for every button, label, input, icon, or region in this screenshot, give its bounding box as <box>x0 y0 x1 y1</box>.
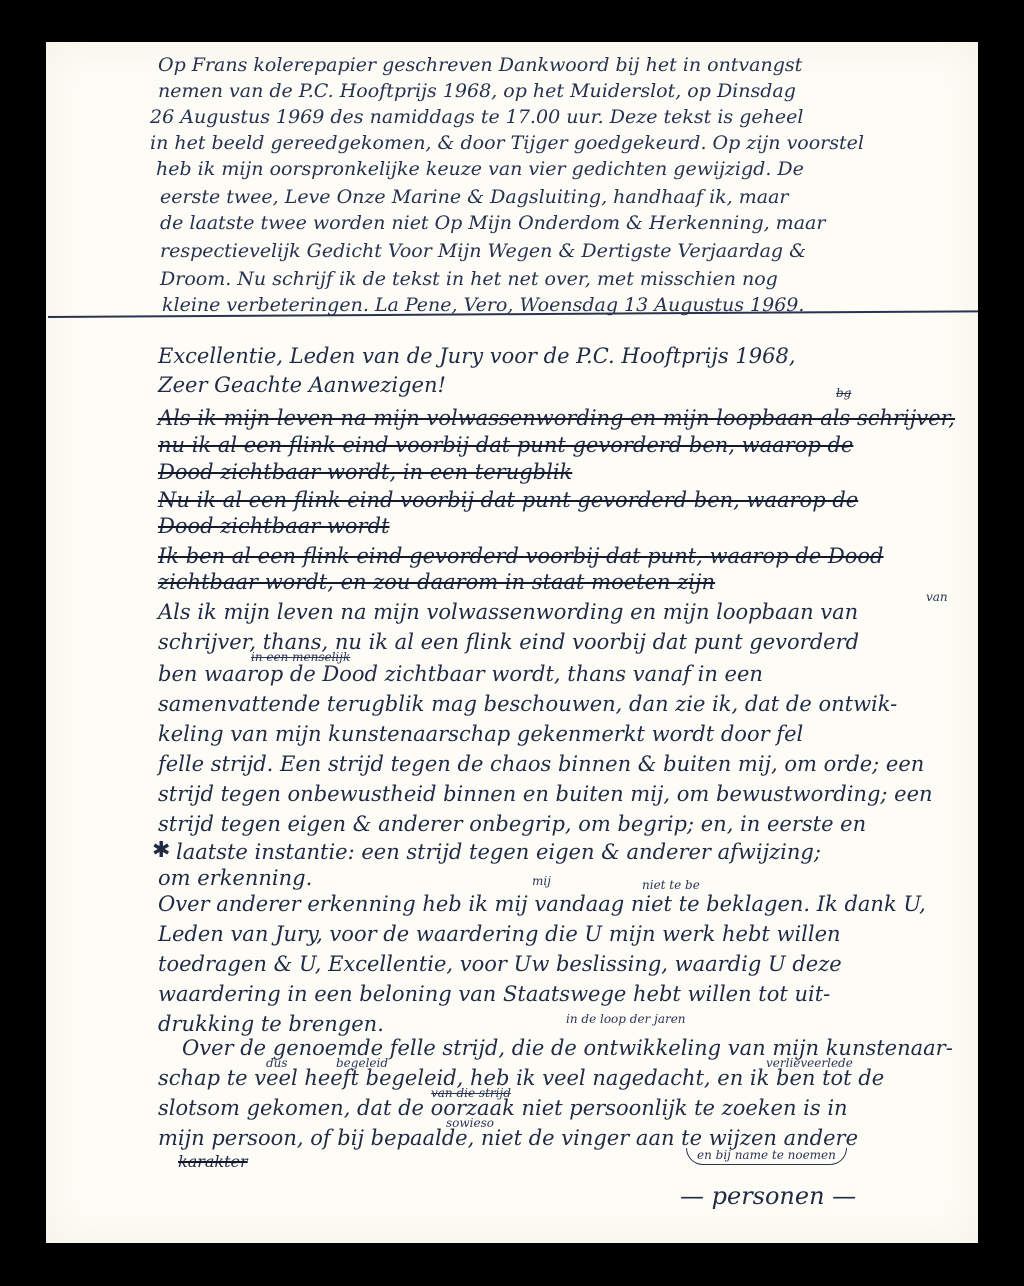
paragraph-line: schap te veel heeft begeleid, heb ik vee… <box>158 1068 884 1089</box>
header-line: heb ik mijn oorspronkelijke keuze van vi… <box>156 160 804 179</box>
struck-insert: bg <box>836 386 851 400</box>
paragraph-line: strijd tegen onbewustheid binnen en buit… <box>158 784 933 805</box>
manuscript-page: Op Frans kolerepapier geschreven Dankwoo… <box>46 42 978 1243</box>
struck-draft-line: nu ik al een flink eind voorbij dat punt… <box>158 435 853 456</box>
paragraph-line: Over anderer erkenning heb ik mij vandaa… <box>158 894 926 915</box>
struck-draft-line: zichtbaar wordt, en zou daarom in staat … <box>158 572 715 593</box>
salutation-line: Zeer Geachte Aanwezigen! <box>158 375 446 396</box>
header-line: in het beeld gereedgekomen, & door Tijge… <box>150 134 864 153</box>
paragraph-line: strijd tegen eigen & anderer onbegrip, o… <box>158 814 866 835</box>
header-line: de laatste twee worden niet Op Mijn Onde… <box>160 214 825 233</box>
insert-above-vandaag: mij <box>532 874 551 888</box>
paragraph-line: keling van mijn kunstenaarschap gekenmer… <box>158 724 803 745</box>
header-line: 26 Augustus 1969 des namiddags te 17.00 … <box>150 108 803 127</box>
header-line: Droom. Nu schrijf ik de tekst in het net… <box>160 270 778 289</box>
scribble-mark-icon: ✱ <box>152 838 170 863</box>
paragraph-line: Als ik mijn leven na mijn volwassenwordi… <box>158 602 858 623</box>
paragraph-line: ben waarop de Dood zichtbaar wordt, than… <box>158 664 763 685</box>
struck-draft-line: Als ik mijn leven na mijn volwassenwordi… <box>158 408 955 429</box>
paragraph-line: drukking te brengen. <box>158 1014 384 1035</box>
paragraph-line: samenvattende terugblik mag beschouwen, … <box>158 694 897 715</box>
insert-margin-note: in de loop der jaren <box>566 1012 686 1026</box>
salutation-line: Excellentie, Leden van de Jury voor de P… <box>158 346 796 367</box>
paragraph-line: toedragen & U, Excellentie, voor Uw besl… <box>158 954 842 975</box>
paragraph-line: om erkenning. <box>158 868 312 889</box>
struck-draft-line: Ik ben al een flink eind gevorderd voorb… <box>158 546 883 567</box>
closing-word: — personen — <box>680 1182 856 1210</box>
paragraph-line: Leden van Jury, voor de waardering die U… <box>158 924 841 945</box>
insert-above-loopbaan: van <box>926 590 948 604</box>
header-line: respectievelijk Gedicht Voor Mijn Wegen … <box>160 242 806 261</box>
struck-word: karakter <box>178 1154 248 1170</box>
paragraph-line: felle strijd. Een strijd tegen de chaos … <box>158 754 924 775</box>
paragraph-line: waardering in een beloning van Staatsweg… <box>158 984 830 1005</box>
header-line: Op Frans kolerepapier geschreven Dankwoo… <box>158 56 802 75</box>
struck-draft-line: Dood zichtbaar wordt, in een terugblik <box>158 462 572 483</box>
insert-above-geen: niet te be <box>642 878 700 892</box>
paragraph-line: slotsom gekomen, dat de oorzaak niet per… <box>158 1098 848 1119</box>
paragraph-line: mijn persoon, of bij bepaalde, niet de v… <box>158 1128 858 1149</box>
struck-draft-line: Nu ik al een flink eind voorbij dat punt… <box>158 490 858 511</box>
paragraph-line: laatste instantie: een strijd tegen eige… <box>176 842 821 863</box>
header-line: nemen van de P.C. Hooftprijs 1968, op he… <box>158 82 796 101</box>
bracket-note: en bij name te noemen <box>686 1148 847 1165</box>
struck-draft-line: Dood zichtbaar wordt <box>158 516 389 537</box>
header-line: eerste twee, Leve Onze Marine & Dagsluit… <box>160 188 789 207</box>
